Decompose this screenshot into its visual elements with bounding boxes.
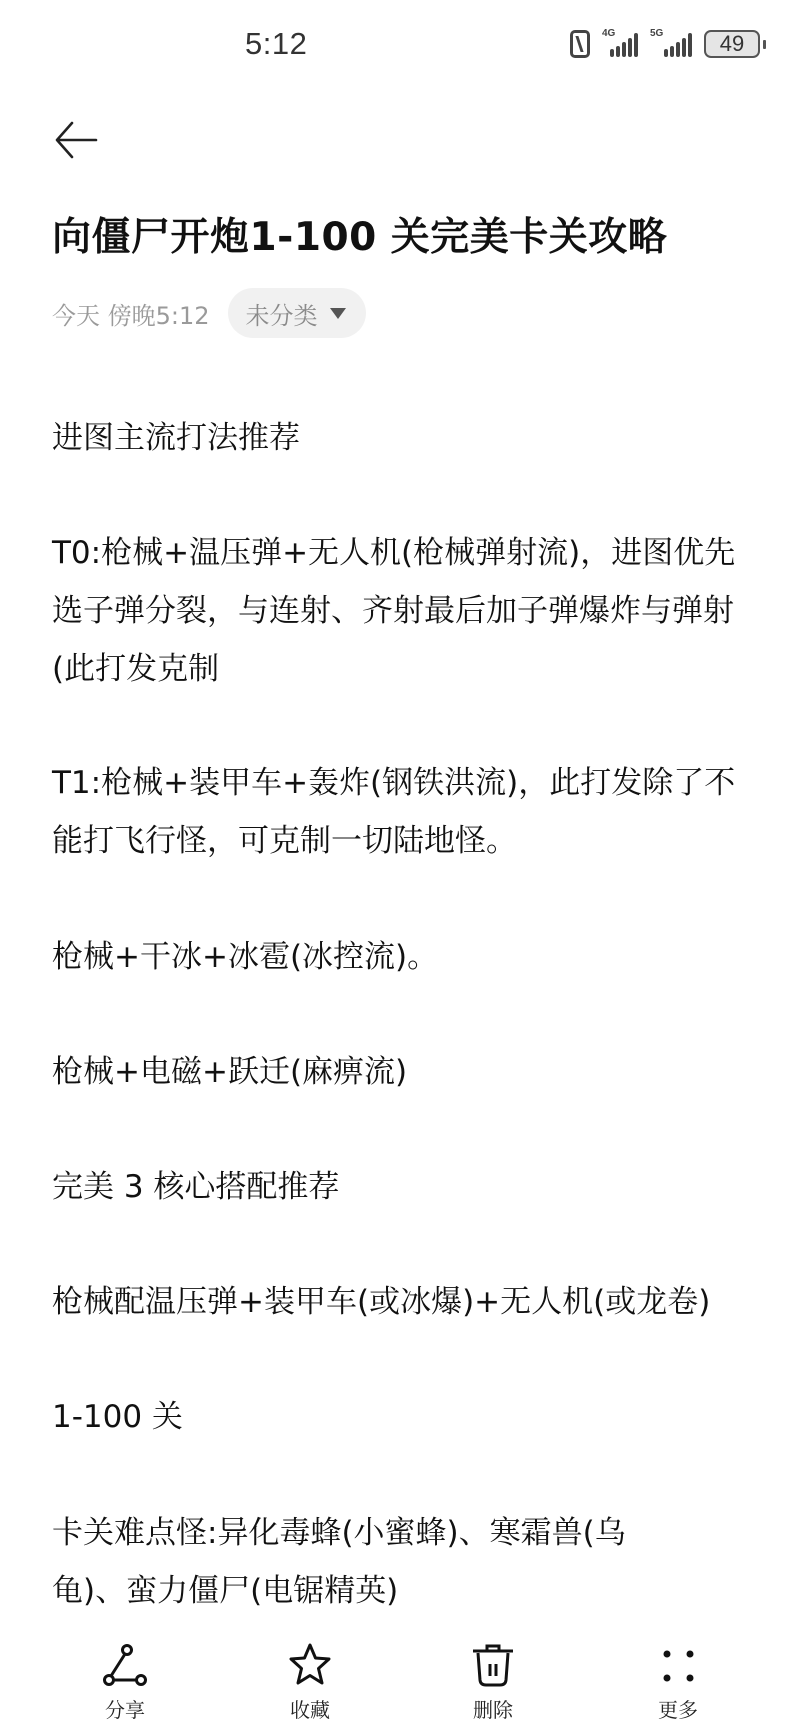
category-label: 未分类 — [246, 296, 318, 331]
paragraph[interactable]: T1:枪械+装甲车+轰炸(钢铁洪流)，此打发除了不能打飞行怪，可克制一切陆地怪。 — [52, 754, 762, 870]
note-title[interactable]: 向僵尸开炮1-100 关完美卡关攻略 — [52, 206, 667, 262]
nfc-icon — [570, 30, 590, 58]
favorite-button[interactable]: 收藏 — [250, 1640, 370, 1723]
battery-icon: 49 — [704, 30, 760, 58]
trash-icon — [468, 1640, 518, 1690]
signal-5g-icon: 5G — [650, 31, 692, 57]
status-icons: 4G 5G 49 — [570, 28, 760, 60]
signal-4g-icon: 4G — [602, 31, 638, 57]
more-icon — [653, 1640, 703, 1690]
paragraph[interactable]: 卡关难点怪:异化毒蜂(小蜜蜂)、寒霜兽(乌龟)、蛮力僵尸(电锯精英) — [52, 1504, 692, 1620]
caret-down-icon — [330, 308, 346, 319]
paragraph[interactable]: 枪械+电磁+跃迁(麻痹流) — [52, 1043, 762, 1101]
back-button[interactable] — [52, 118, 100, 166]
paragraph[interactable]: 进图主流打法推荐 — [52, 409, 762, 467]
paragraph[interactable]: 完美 3 核心搭配推荐 — [52, 1158, 762, 1216]
share-button[interactable]: 分享 — [65, 1640, 185, 1723]
delete-button[interactable]: 删除 — [433, 1640, 553, 1723]
paragraph[interactable]: 枪械+干冰+冰雹(冰控流)。 — [52, 928, 762, 986]
paragraph[interactable]: 枪械配温压弹+装甲车(或冰爆)+无人机(或龙卷) — [52, 1273, 800, 1331]
more-button[interactable]: 更多 — [618, 1640, 738, 1723]
note-date: 今天 傍晚5:12 — [52, 296, 210, 331]
share-icon — [100, 1640, 150, 1690]
star-icon — [285, 1640, 335, 1690]
bottom-toolbar: 分享 收藏 删除 更多 — [0, 1640, 800, 1732]
status-time: 5:12 — [245, 26, 307, 62]
note-meta: 今天 傍晚5:12 未分类 — [52, 288, 366, 338]
paragraph[interactable]: T0:枪械+温压弹+无人机(枪械弹射流)，进图优先选子弹分裂，与连射、齐射最后加… — [52, 524, 762, 698]
paragraph[interactable]: 1-100 关 — [52, 1388, 762, 1446]
arrow-left-icon — [52, 118, 100, 166]
category-dropdown[interactable]: 未分类 — [228, 288, 366, 338]
